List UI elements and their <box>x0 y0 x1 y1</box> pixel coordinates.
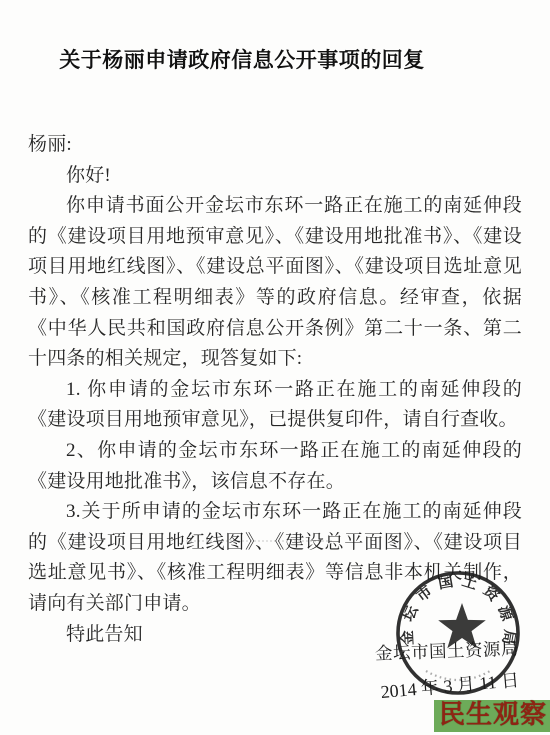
issuing-authority: 金坛市国土资源局 <box>375 638 520 663</box>
signature-block: 金坛市国土资源局 2014 年 3 月 11 日 <box>375 641 519 690</box>
scan-smudge <box>182 540 332 542</box>
paragraph-item-2: 2、你申请的金坛市东环一路正在施工的南延伸段的《建设用地批准书》，该信息不存在。 <box>28 436 522 497</box>
paragraph-item-1: 1. 你申请的金坛市东环一路正在施工的南延伸段的《建设项目用地预审意见》，已提供… <box>28 375 522 436</box>
document-body: 关于杨丽申请政府信息公开事项的回复 杨丽: 你好! 你申请书面公开金坛市东环一路… <box>0 0 550 650</box>
document-page: 关于杨丽申请政府信息公开事项的回复 杨丽: 你好! 你申请书面公开金坛市东环一路… <box>0 0 550 735</box>
watermark-badge: 民生观察 <box>434 700 550 732</box>
salutation: 杨丽: <box>28 130 522 161</box>
paragraph-request: 你申请书面公开金坛市东环一路正在施工的南延伸段的《建设项目用地预审意见》、《建设… <box>28 191 522 375</box>
watermark-text: 民生观察 <box>439 700 547 729</box>
document-title: 关于杨丽申请政府信息公开事项的回复 <box>28 47 456 74</box>
paragraph-greeting: 你好! <box>28 161 522 192</box>
